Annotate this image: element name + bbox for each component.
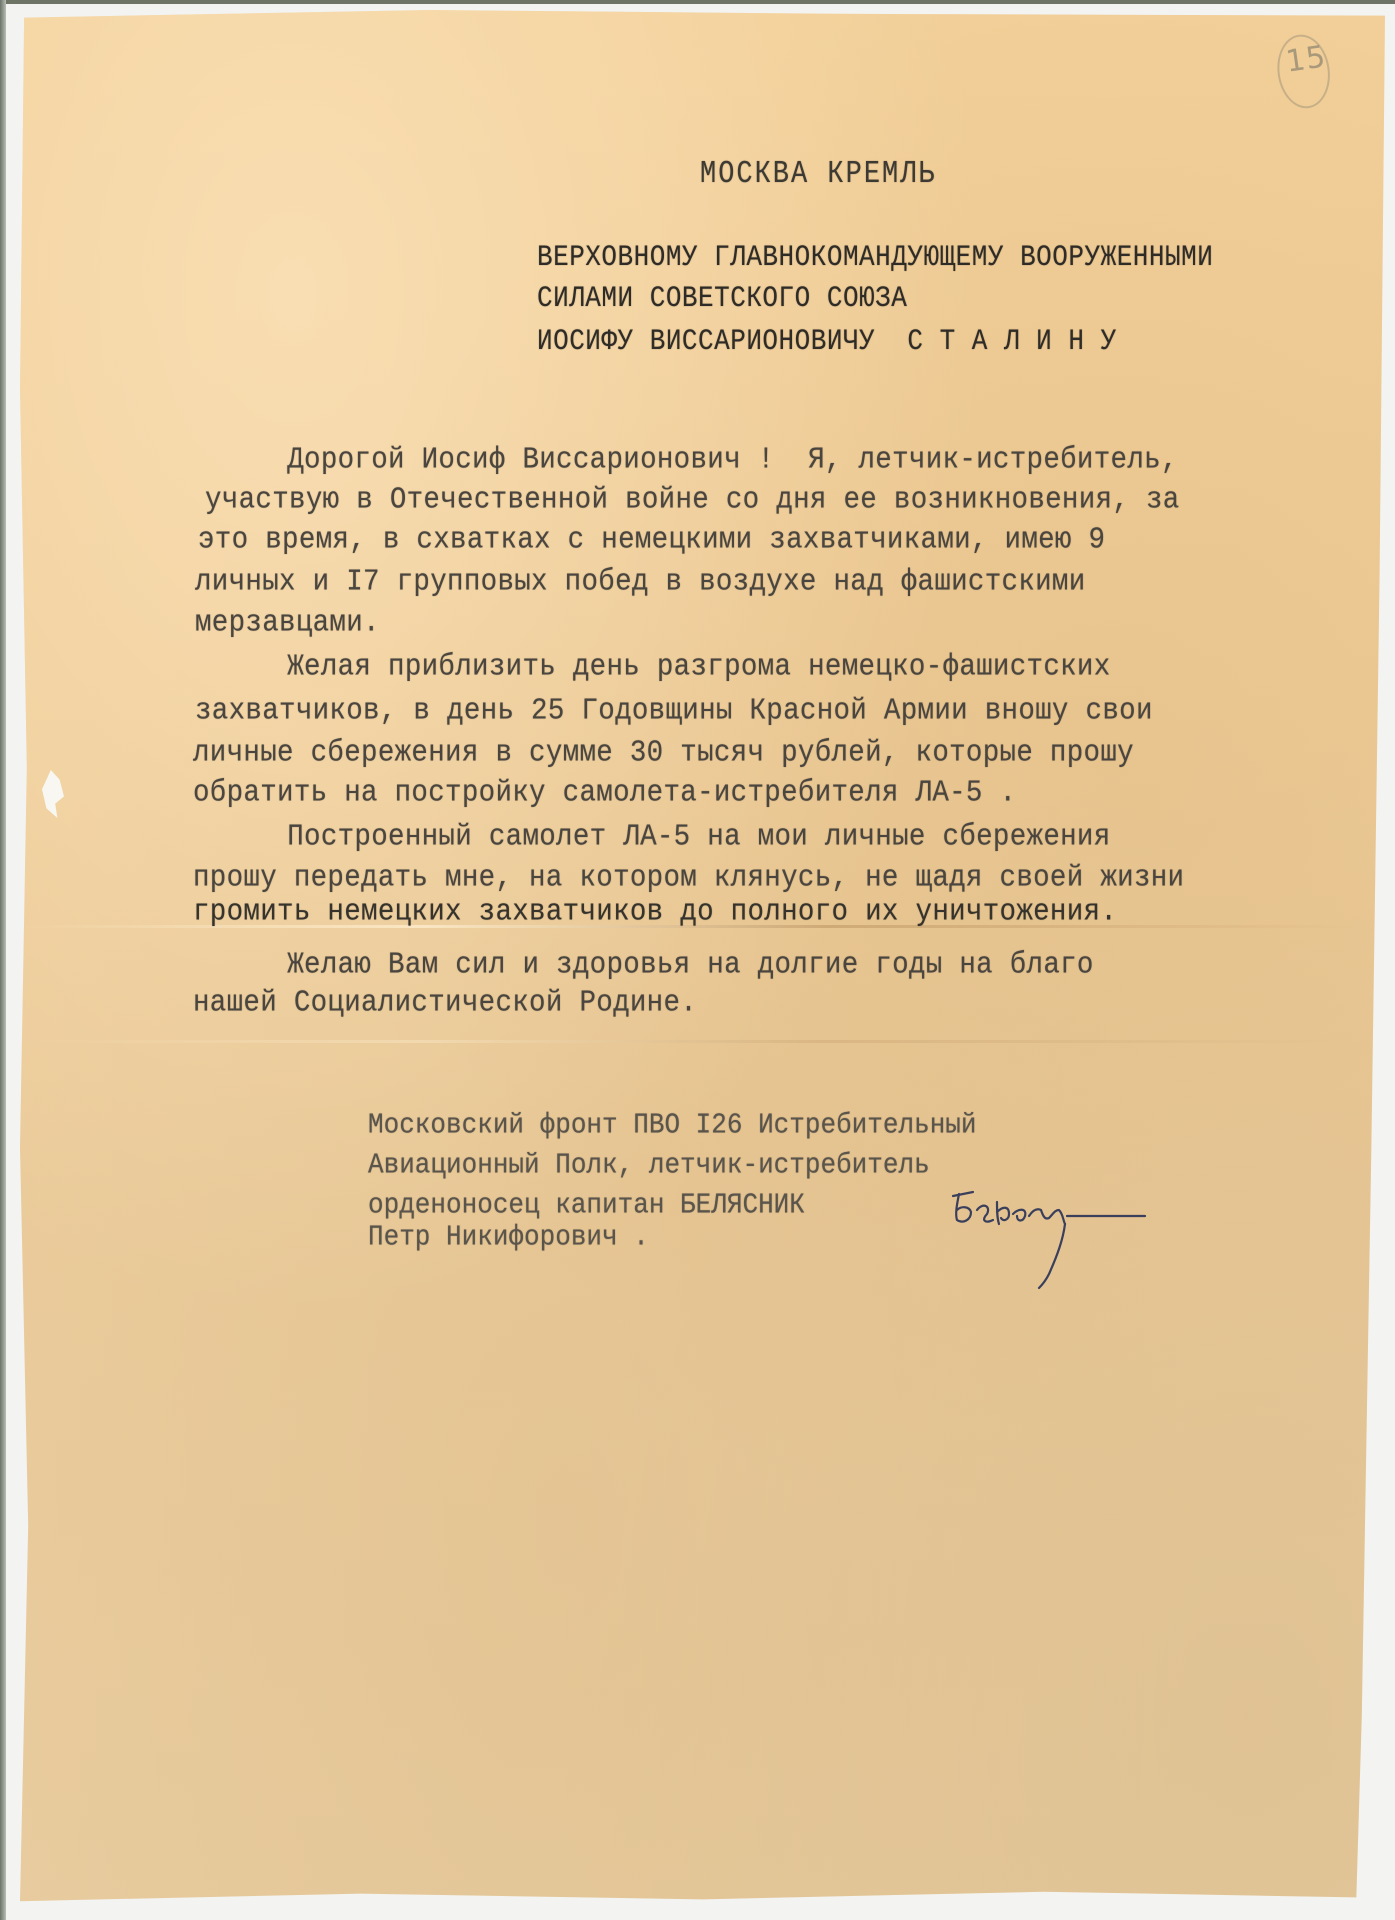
body-line: личных и I7 групповых побед в воздухе на…: [195, 565, 1086, 599]
body-line: участвую в Отечественной войне со дня ее…: [205, 483, 1180, 517]
body-line: громить немецких захватчиков до полного …: [193, 895, 1117, 929]
body-line: прошу передать мне, на котором клянусь, …: [193, 861, 1184, 895]
signature-block-line: Петр Никифорович .: [368, 1221, 649, 1254]
signature-block-line: Авиационный Полк, летчик-истребитель: [368, 1149, 930, 1182]
paper-fold-crease: [20, 1040, 1360, 1043]
body-line: Дорогой Иосиф Виссарионович ! Я, летчик-…: [220, 443, 1178, 477]
archive-page-number: 15: [1284, 39, 1329, 79]
body-line: захватчиков, в день 25 Годовщины Красной…: [195, 694, 1153, 728]
body-line: мерзавцами.: [195, 606, 380, 640]
body-line: Построенный самолет ЛА-5 на мои личные с…: [220, 820, 1111, 854]
scanner-top-edge: [0, 0, 1395, 4]
body-line: Желая приблизить день разгрома немецко-ф…: [220, 650, 1111, 684]
body-line: обратить на постройку самолета-истребите…: [193, 776, 1016, 810]
body-line: нашей Социалистической Родине.: [193, 986, 697, 1020]
body-line: Желаю Вам сил и здоровья на долгие годы …: [220, 948, 1094, 982]
addressee-line: ИОСИФУ ВИССАРИОНОВИЧУ С Т А Л И Н У: [537, 324, 1117, 359]
addressee-line: СИЛАМИ СОВЕТСКОГО СОЮЗА: [537, 281, 907, 316]
body-line: личные сбережения в сумме 30 тысяч рубле…: [193, 736, 1134, 770]
body-line: это время, в схватках с немецкими захват…: [198, 523, 1105, 557]
signature-block-line: орденоносец капитан БЕЛЯСНИК: [368, 1189, 805, 1222]
handwritten-signature-icon: [945, 1180, 1175, 1290]
scanner-left-edge: [0, 0, 6, 1920]
signature-block-line: Московский фронт ПВО I26 Истребительный: [368, 1109, 977, 1142]
document-heading: МОСКВА КРЕМЛЬ: [700, 158, 937, 193]
addressee-line: ВЕРХОВНОМУ ГЛАВНОКОМАНДУЮЩЕМУ ВООРУЖЕННЫ…: [537, 240, 1213, 275]
